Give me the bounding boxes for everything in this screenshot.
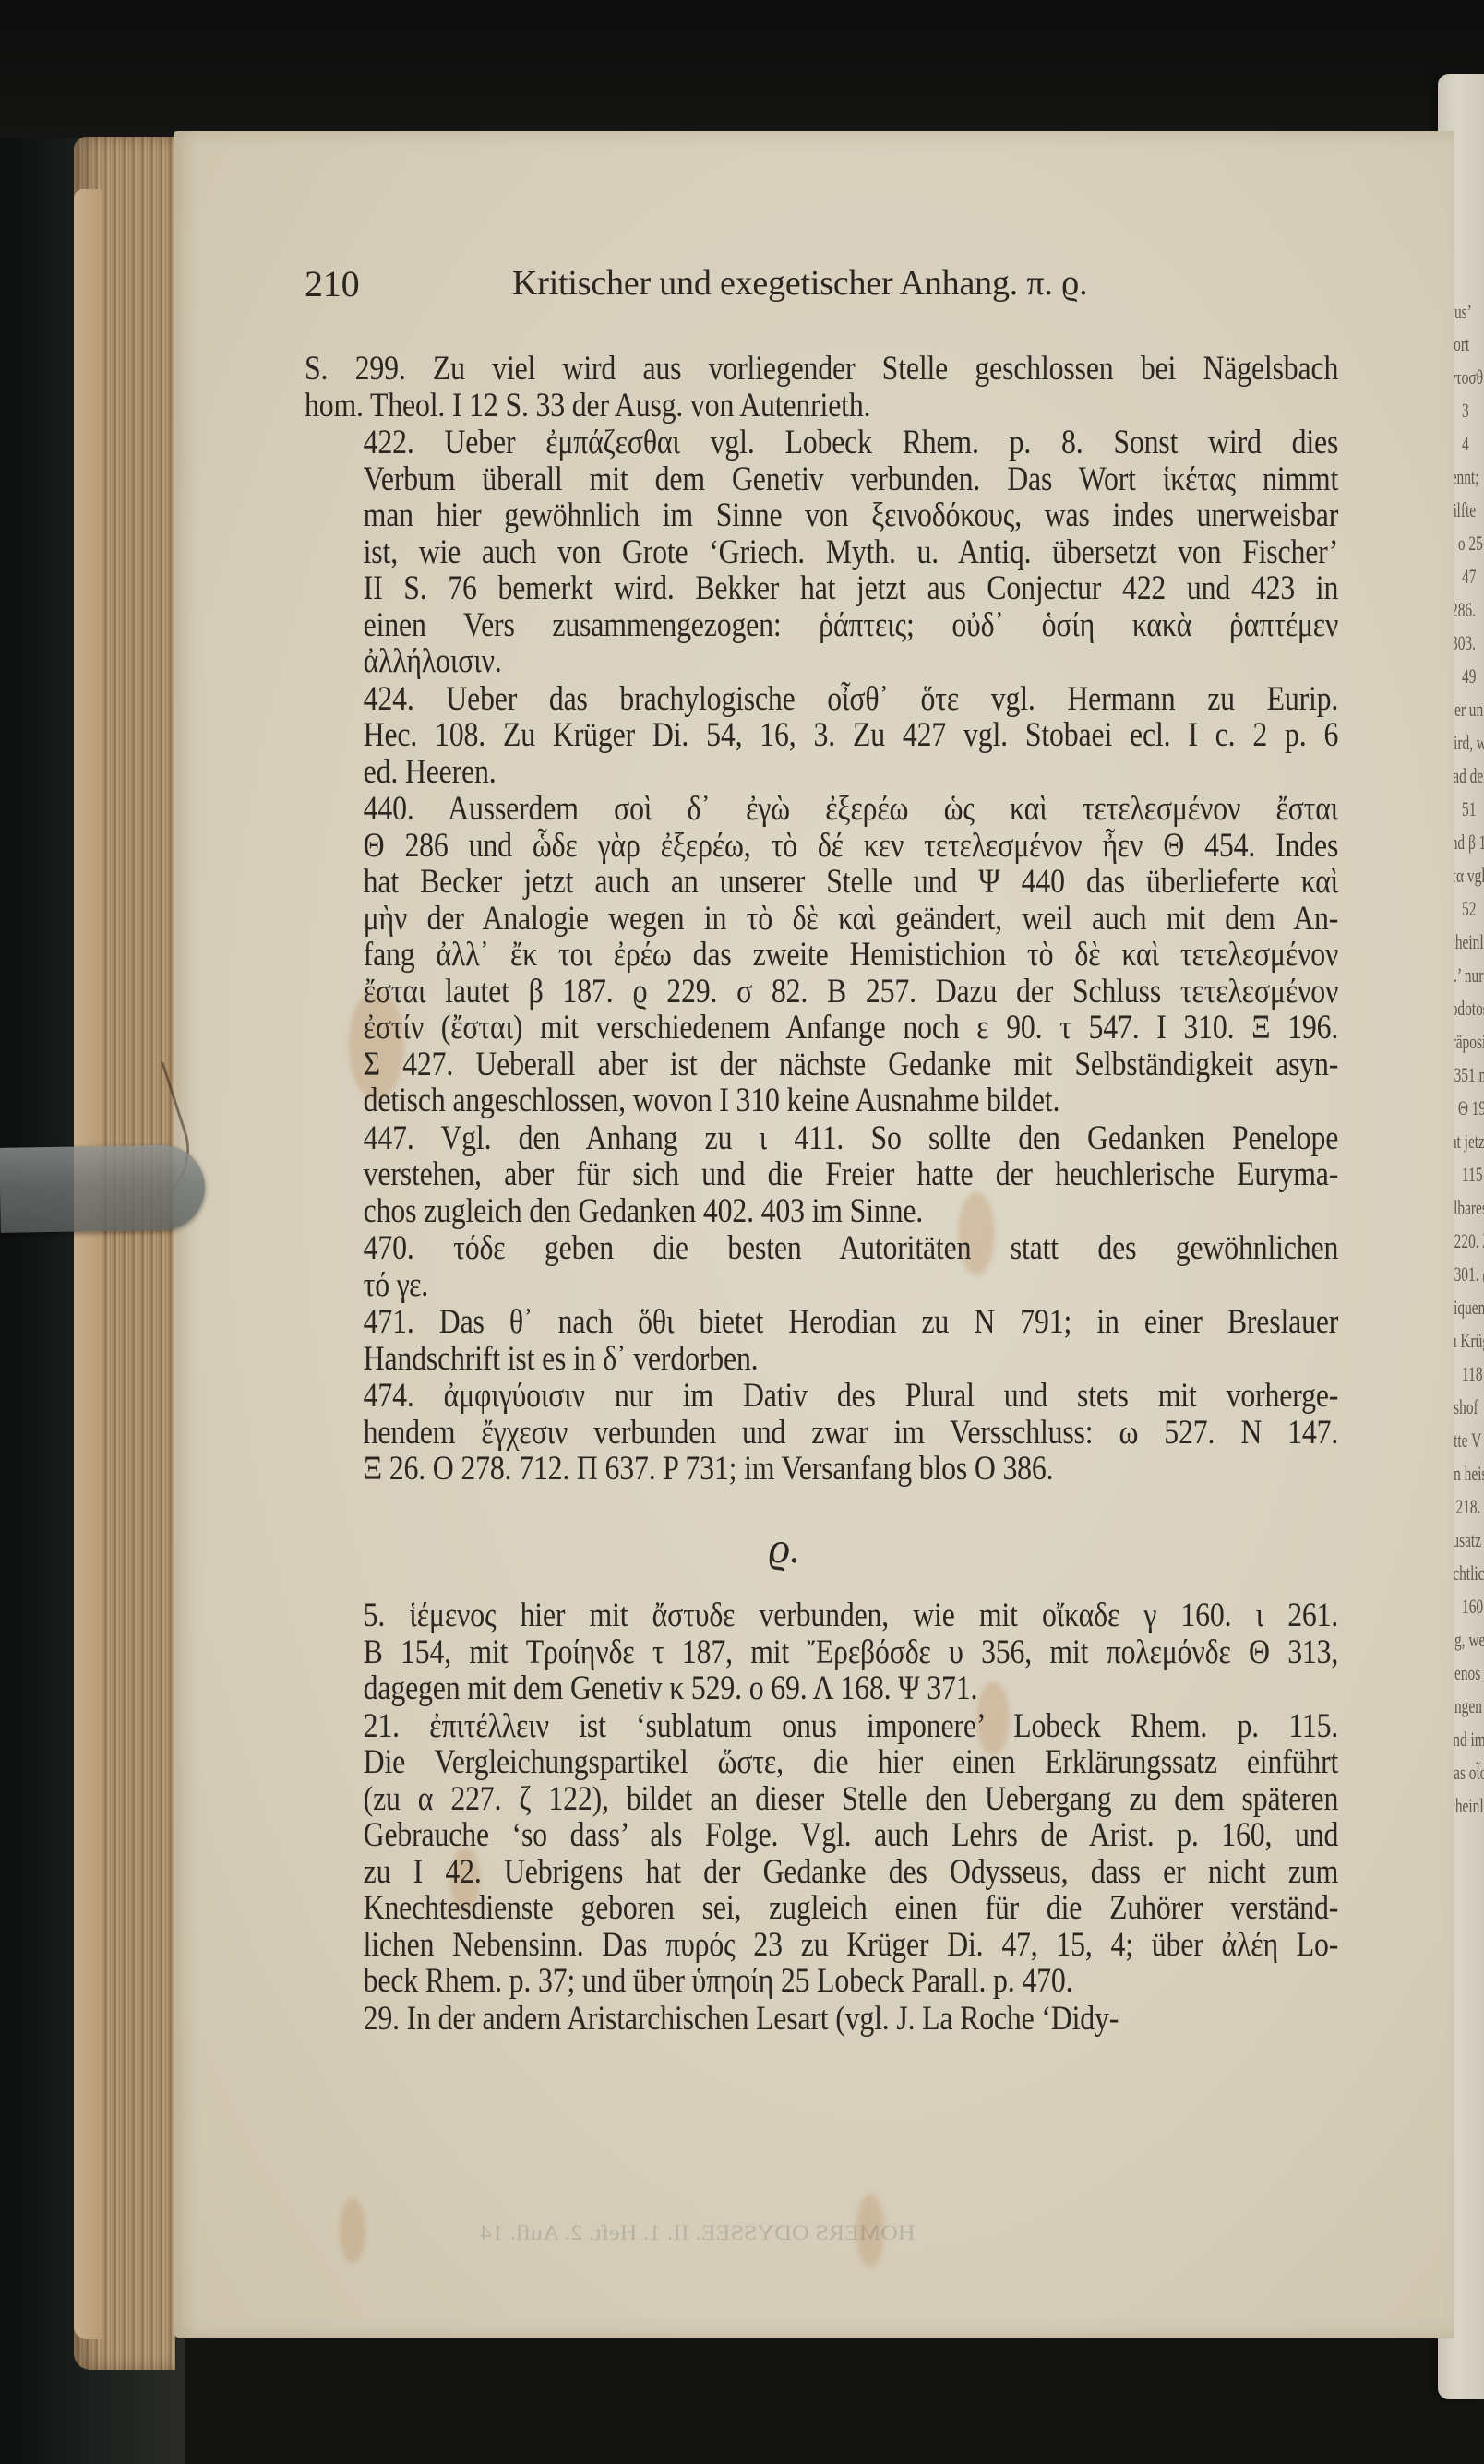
text-line: 470. τόδε geben die besten Autoritäten s… [305, 1230, 1338, 1267]
text-line: S. 299. Zu viel wird aus vorliegender St… [305, 351, 1338, 388]
text-line: τό γε. [305, 1267, 1338, 1304]
text-line: 5. ἱέμενος hier mit ἄστυδε verbunden, wi… [305, 1597, 1338, 1634]
show-through-footer: HOMERS ODYSSEE. II. 1. Heft. 2. Aufl. 14 [480, 2221, 916, 2246]
text-line: man hier gewöhnlich im Sinne von ξεινοδό… [305, 497, 1338, 534]
text-line: II S. 76 bemerkt wird. Bekker hat jetzt … [305, 570, 1338, 607]
text-line: 471. Das θ᾽ nach ὅθι bietet Herodian zu … [305, 1304, 1338, 1341]
next-page-text-fragment: 160 [1462, 1595, 1483, 1619]
next-page-text-fragment: 4 [1462, 432, 1469, 456]
text-line: fang ἀλλ᾽ ἔκ τοι ἐρέω das zweite Hemisti… [305, 937, 1338, 974]
paragraph-21: 21. ἐπιτέλλειν ist ‘sublatum onus impone… [305, 1708, 1338, 2000]
paragraph-474: 474. ἀμφιγύοισιν nur im Dativ des Plural… [305, 1378, 1338, 1488]
text-line: Gebrauche ‘so dass’ als Folge. Vgl. auch… [305, 1817, 1338, 1854]
paragraph-424: 424. Ueber das brachylogische οἶσθ᾽ ὅτε … [305, 681, 1338, 791]
paragraph-422: 422. Ueber ἐμπάζεσθαι vgl. Lobeck Rhem. … [305, 425, 1338, 680]
next-page-text-fragment: 51 [1462, 797, 1476, 821]
page-text-block: 210 Kritischer und exegetischer Anhang. … [305, 258, 1338, 2038]
next-page-text-fragment: 115 [1462, 1163, 1483, 1187]
text-line: ist, wie auch von Grote ‘Griech. Myth. u… [305, 534, 1338, 571]
text-line: 447. Vgl. den Anhang zu ι 411. So sollte… [305, 1120, 1338, 1157]
text-line: 21. ἐπιτέλλειν ist ‘sublatum onus impone… [305, 1708, 1338, 1745]
paragraph-440: 440. Ausserdem σοὶ δ᾽ ἐγὼ ἐξερέω ὡς καὶ … [305, 791, 1338, 1119]
text-line: 422. Ueber ἐμπάζεσθαι vgl. Lobeck Rhem. … [305, 425, 1338, 461]
text-line: dagegen mit dem Genetiv κ 529. ο 69. Λ 1… [305, 1670, 1338, 1707]
running-head: 210 Kritischer und exegetischer Anhang. … [305, 258, 1338, 314]
text-line: hat Becker jetzt auch an unserer Stelle … [305, 864, 1338, 901]
text-line: 29. In der andern Aristarchischen Lesart… [305, 2001, 1338, 2038]
text-line: Hec. 108. Zu Krüger Di. 54, 16, 3. Zu 42… [305, 717, 1338, 754]
text-line: (zu α 227. ζ 122), bildet an dieser Stel… [305, 1781, 1338, 1818]
text-line: ἀλλήλοισιν. [305, 643, 1338, 680]
next-page-text-fragment: 118 [1462, 1362, 1483, 1386]
text-line: lichen Nebensinn. Das πυρός 23 zu Krüger… [305, 1927, 1338, 1964]
page-holder-ruler [0, 1144, 206, 1233]
text-line: ἔσται lautet β 187. ϱ 229. σ 82. B 257. … [305, 974, 1338, 1011]
text-line: 440. Ausserdem σοὶ δ᾽ ἐγὼ ἐξερέω ὡς καὶ … [305, 791, 1338, 828]
next-page-text-fragment: 49 [1462, 664, 1476, 688]
text-line: Σ 427. Ueberall aber ist der nächste Ged… [305, 1047, 1338, 1083]
page-number: 210 [305, 266, 359, 303]
text-line: Θ 286 und ὧδε γὰρ ἐξερέω, τὸ δέ κεν τετε… [305, 828, 1338, 865]
paragraph-447: 447. Vgl. den Anhang zu ι 411. So sollte… [305, 1120, 1338, 1230]
next-page-text-fragment: 3 [1462, 399, 1469, 423]
paragraph-29: 29. In der andern Aristarchischen Lesart… [305, 2001, 1338, 2038]
paragraph-s299: S. 299. Zu viel wird aus vorliegender St… [305, 351, 1338, 424]
text-line: 474. ἀμφιγύοισιν nur im Dativ des Plural… [305, 1378, 1338, 1415]
paragraph-471: 471. Das θ᾽ nach ὅθι bietet Herodian zu … [305, 1304, 1338, 1377]
text-line: Verbum überall mit dem Genetiv verbunden… [305, 461, 1338, 498]
foxing-stain [340, 2198, 365, 2263]
text-line: verstehen, aber für sich und die Freier … [305, 1156, 1338, 1193]
text-line: hendem ἔγχεσιν verbunden und zwar im Ver… [305, 1415, 1338, 1452]
running-head-title: Kritischer und exegetischer Anhang. π. ϱ… [512, 266, 1087, 303]
text-line: ἐστίν (ἔσται) mit verschiedenem Anfange … [305, 1010, 1338, 1047]
text-line: 424. Ueber das brachylogische οἶσθ᾽ ὅτε … [305, 681, 1338, 718]
text-line: Knechtesdienste geboren sei, zugleich ei… [305, 1890, 1338, 1927]
section-heading-rho: ϱ. [231, 1530, 1338, 1567]
text-line: Handschrift ist es in δ᾽ verdorben. [305, 1341, 1338, 1378]
text-line: chos zugleich den Gedanken 402. 403 im S… [305, 1193, 1338, 1230]
paragraph-470: 470. τόδε geben die besten Autoritäten s… [305, 1230, 1338, 1303]
background-top [0, 0, 1484, 138]
text-line: Ξ 26. O 278. 712. Π 637. P 731; im Versa… [305, 1451, 1338, 1488]
text-line: ed. Heeren. [305, 754, 1338, 791]
text-line: μὴν der Analogie wegen in τὸ δὲ καὶ geän… [305, 901, 1338, 938]
text-line: detisch angeschlossen, wovon I 310 keine… [305, 1082, 1338, 1119]
text-line: einen Vers zusammengezogen: ῥάπτεις; οὐδ… [305, 607, 1338, 644]
text-line: Die Vergleichungspartikel ὥστε, die hier… [305, 1744, 1338, 1781]
text-line: beck Rhem. p. 37; und über ὑπηοίη 25 Lob… [305, 1963, 1338, 2000]
text-line: zu I 42. Uebrigens hat der Gedanke des O… [305, 1854, 1338, 1891]
text-line: B 154, mit Τροίηνδε τ 187, mit Ἔρεβόσδε … [305, 1634, 1338, 1671]
text-line: hom. Theol. I 12 S. 33 der Ausg. von Aut… [305, 388, 1338, 425]
next-page-text-fragment: 52 [1462, 897, 1476, 921]
paragraph-5: 5. ἱέμενος hier mit ἄστυδε verbunden, wi… [305, 1597, 1338, 1707]
next-page-text-fragment: 47 [1462, 565, 1476, 589]
book-cover-edge [74, 189, 102, 2339]
